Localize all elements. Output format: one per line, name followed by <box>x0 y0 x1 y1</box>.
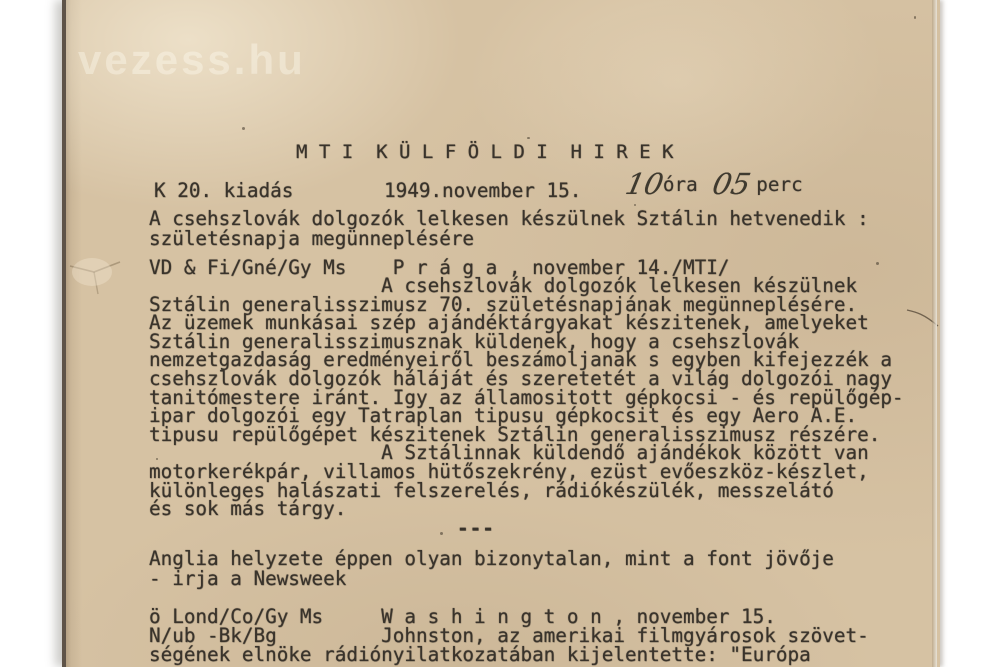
minute-unit-label: perc <box>756 173 802 196</box>
dust-speck <box>634 204 636 206</box>
scanned-document-photo: vezess.hu M T I K Ü L F Ö L D I H I R E … <box>0 0 1000 667</box>
dust-speck <box>156 458 158 460</box>
story1-body: A csehszlovák dolgozók lelkesen készülne… <box>149 277 904 519</box>
date-label: 1949.november 15. <box>384 179 581 202</box>
section-separator: --- <box>457 517 495 540</box>
handwritten-minute: 05 <box>710 170 753 199</box>
story2-body: ö Lond/Co/Gy Ms W a s h i n g t o n , no… <box>149 607 869 664</box>
paper-right-edge <box>932 0 937 667</box>
bulletin-title: M T I K Ü L F Ö L D I H I R E K <box>296 141 674 163</box>
handwritten-hour: 10 <box>623 170 666 199</box>
dust-speck <box>876 262 879 265</box>
edition-label: K 20. kiadás <box>154 179 293 202</box>
dust-speck <box>242 127 245 130</box>
dust-speck <box>527 137 530 139</box>
hour-unit-label: óra <box>663 173 698 196</box>
time-annotation: 10óra 05perc <box>626 170 803 199</box>
story1-headline: A csehszlovák dolgozók lelkesen készülne… <box>149 209 869 249</box>
paper-sheet: vezess.hu M T I K Ü L F Ö L D I H I R E … <box>62 0 940 667</box>
dust-speck <box>440 532 443 535</box>
dust-speck <box>914 16 916 19</box>
paper-crease <box>68 238 124 308</box>
story2-headline: Anglia helyzete éppen olyan bizonytalan,… <box>149 549 834 589</box>
watermark-text: vezess.hu <box>78 36 306 84</box>
